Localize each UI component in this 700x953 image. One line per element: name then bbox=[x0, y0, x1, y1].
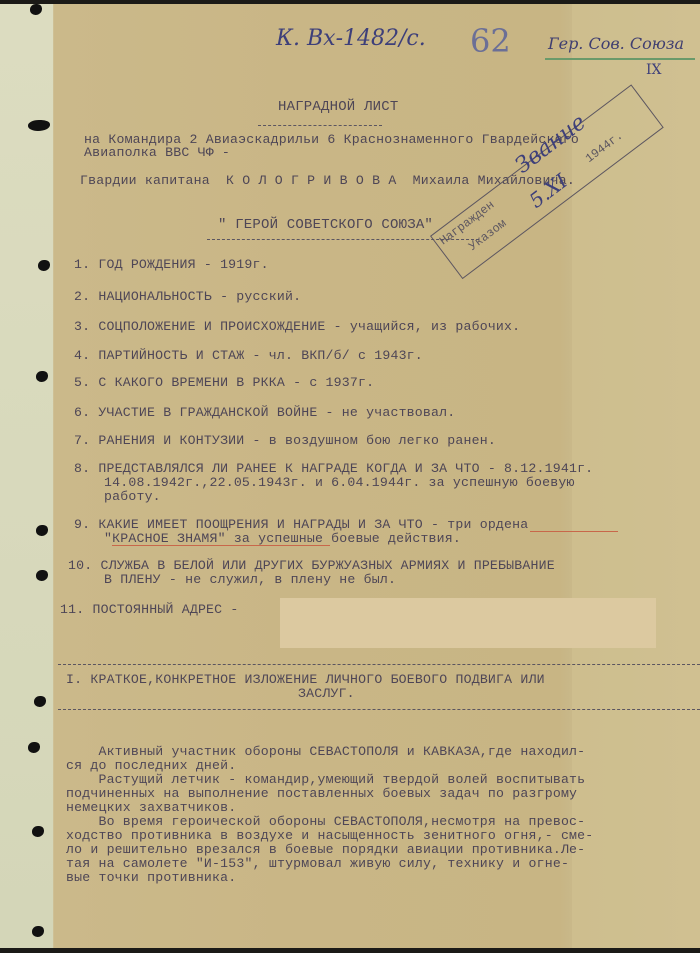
narrative-line: тая на самолете "И-153", штурмовал живую… bbox=[66, 857, 569, 871]
narrative-line: ходство противника в воздухе и насыщенно… bbox=[66, 829, 593, 843]
narrative-line: вые точки противника. bbox=[66, 871, 236, 885]
recipient-line-2: Авиаполка ВВС ЧФ - bbox=[84, 146, 230, 160]
field-10-cont-1: В ПЛЕНУ - не служил, в плену не был. bbox=[104, 573, 396, 587]
field-3: 3. СОЦПОЛОЖЕНИЕ И ПРОИСХОЖДЕНИЕ - учащий… bbox=[74, 320, 520, 334]
narrative-line: ло и решительно врезался в боевые порядк… bbox=[66, 843, 585, 857]
binding-margin bbox=[0, 4, 53, 948]
page-number: 62 bbox=[470, 22, 511, 60]
field-11: 11. ПОСТОЯННЫЙ АДРЕС - bbox=[60, 603, 239, 617]
stamp-year: 1944г. bbox=[583, 129, 626, 166]
section-heading-cont: ЗАСЛУГ. bbox=[298, 687, 355, 701]
section-rule-bottom bbox=[58, 709, 700, 710]
narrative-line: Активный участник обороны СЕВАСТОПОЛЯ и … bbox=[66, 745, 585, 759]
field-9-cont-1: "КРАСНОЕ ЗНАМЯ" за успешные боевые дейст… bbox=[104, 532, 461, 546]
title-rule bbox=[258, 125, 382, 126]
narrative-line: подчиненных на выполнение поставленных б… bbox=[66, 787, 577, 801]
field-5: 5. С КАКОГО ВРЕМЕНИ В РККА - с 1937г. bbox=[74, 376, 374, 390]
document-title: НАГРАДНОЙ ЛИСТ bbox=[278, 100, 398, 114]
field-8: 8. ПРЕДСТАВЛЯЛСЯ ЛИ РАНЕЕ К НАГРАДЕ КОГД… bbox=[74, 462, 593, 476]
field-10: 10. СЛУЖБА В БЕЛОЙ ИЛИ ДРУГИХ БУРЖУАЗНЫХ… bbox=[68, 559, 555, 573]
field-8-cont-1: 14.08.1942г.,22.05.1943г. и 6.04.1944г. … bbox=[104, 476, 575, 490]
red-pencil-underline bbox=[530, 531, 618, 532]
section-heading: I. КРАТКОЕ,КОНКРЕТНОЕ ИЗЛОЖЕНИЕ ЛИЧНОГО … bbox=[66, 673, 545, 687]
roman-numeral: IX bbox=[646, 62, 662, 78]
redacted-address bbox=[280, 598, 656, 648]
award-title: " ГЕРОЙ СОВЕТСКОГО СОЮЗА" bbox=[218, 218, 433, 232]
award-note: Гер. Сов. Союза bbox=[548, 34, 684, 53]
narrative-line: Растущий летчик - командир,умеющий тверд… bbox=[66, 773, 585, 787]
green-underline bbox=[545, 58, 695, 60]
section-rule-top bbox=[58, 664, 700, 665]
field-7: 7. РАНЕНИЯ И КОНТУЗИИ - в воздушном бою … bbox=[74, 434, 496, 448]
field-2: 2. НАЦИОНАЛЬНОСТЬ - русский. bbox=[74, 290, 301, 304]
field-8-cont-2: работу. bbox=[104, 490, 161, 504]
field-9: 9. КАКИЕ ИМЕЕТ ПООЩРЕНИЯ И НАГРАДЫ И ЗА … bbox=[74, 518, 528, 532]
archive-reference: К. Вх-1482/с. bbox=[276, 26, 426, 51]
stamp-handwritten-date: 5.XI bbox=[525, 169, 572, 213]
field-4: 4. ПАРТИЙНОСТЬ И СТАЖ - чл. ВКП/б/ с 194… bbox=[74, 349, 423, 363]
red-pencil-underline bbox=[112, 545, 330, 546]
narrative-line: ся до последних дней. bbox=[66, 759, 236, 773]
field-1: 1. ГОД РОЖДЕНИЯ - 1919г. bbox=[74, 258, 269, 272]
award-sheet-page: К. Вх-1482/с. 62 Гер. Сов. Союза IX НАГР… bbox=[0, 4, 700, 948]
narrative-line: Во время героической обороны СЕВАСТОПОЛЯ… bbox=[66, 815, 585, 829]
field-6: 6. УЧАСТИЕ В ГРАЖДАНСКОЙ ВОЙНЕ - не учас… bbox=[74, 406, 455, 420]
narrative-line: немецких захватчиков. bbox=[66, 801, 236, 815]
